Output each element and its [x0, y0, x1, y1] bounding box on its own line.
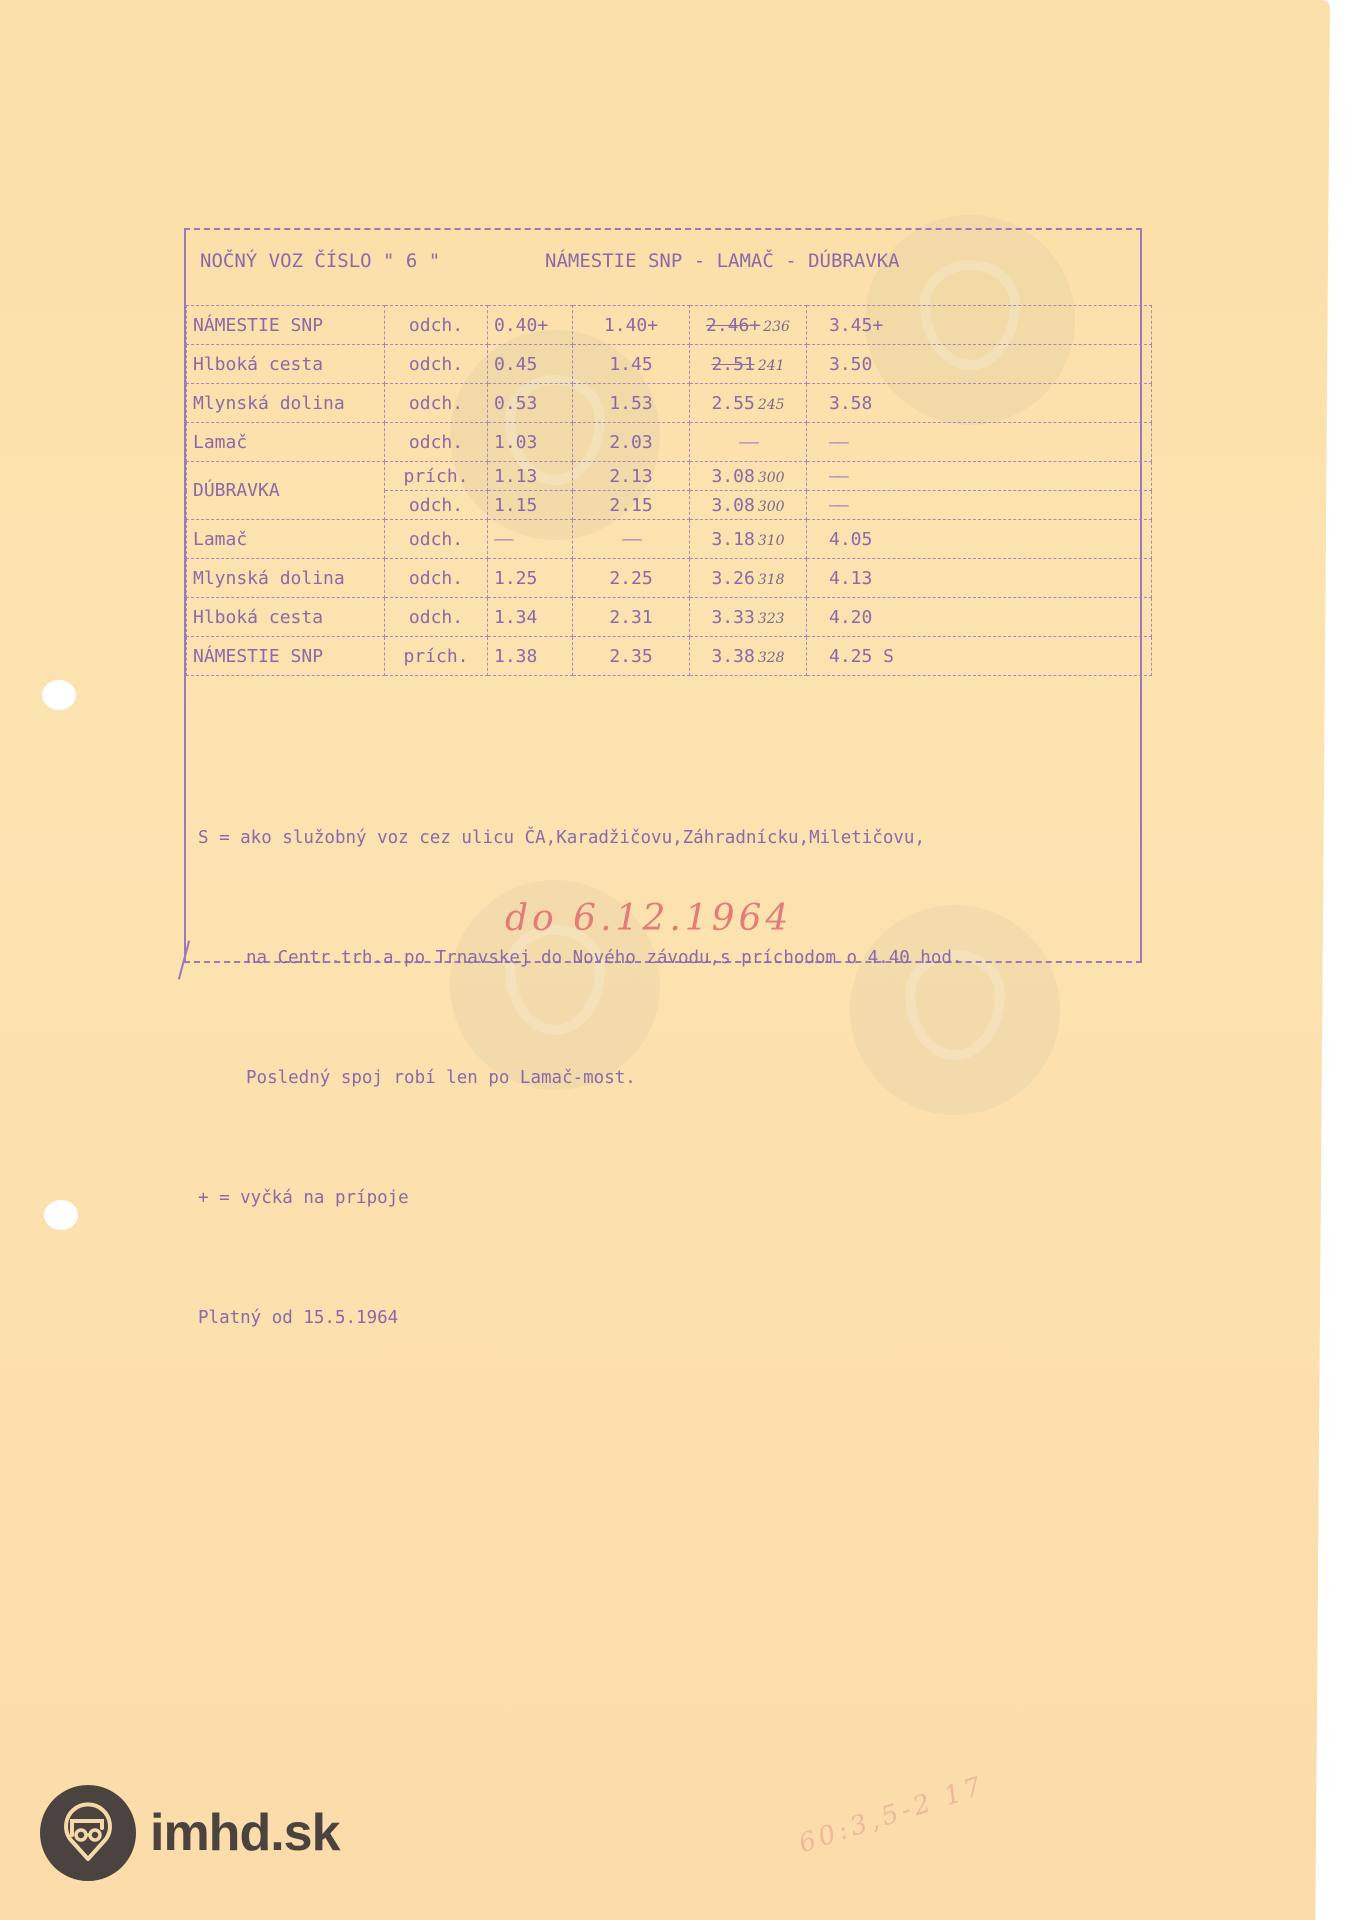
table-row: Mlynská dolina odch. 1.25 2.25 3.26318 4… [187, 559, 1152, 598]
legend-plus: + = vyčká na prípoje [198, 1178, 962, 1218]
imhd-logo: imhd.sk [40, 1785, 340, 1881]
stop-name: NÁMESTIE SNP [187, 306, 385, 345]
time-cell: 3.26318 [690, 559, 807, 598]
time-cell: 2.13 [573, 462, 690, 491]
table-row: NÁMESTIE SNP prích. 1.38 2.35 3.38328 4.… [187, 637, 1152, 676]
stop-action: prích. [385, 462, 488, 491]
stop-name: Lamač [187, 423, 385, 462]
time-value: 3.18 [711, 529, 754, 550]
time-cell: 2.03 [573, 423, 690, 462]
time-cell: 2.35 [573, 637, 690, 676]
stop-action: odch. [385, 491, 488, 520]
timetable: NÁMESTIE SNP odch. 0.40+ 1.40+ 2.46+236 … [186, 305, 1152, 676]
time-value: 3.33 [711, 607, 754, 628]
handwritten-correction: 236 [763, 319, 790, 335]
time-cell: 2.25 [573, 559, 690, 598]
stop-name: Mlynská dolina [187, 384, 385, 423]
time-cell: 3.08300 [690, 491, 807, 520]
handwritten-correction: 300 [758, 499, 785, 515]
valid-from: Platný od 15.5.1964 [198, 1298, 962, 1338]
table-row: Hlboká cesta odch. 0.45 1.45 2.51241 3.5… [187, 345, 1152, 384]
stop-name: Hlboká cesta [187, 598, 385, 637]
bus-pin-icon [58, 1801, 118, 1865]
time-cell: 3.45+ [807, 306, 1152, 345]
time-cell: 1.38 [488, 637, 573, 676]
time-cell: 1.45 [573, 345, 690, 384]
route-description: NÁMESTIE SNP - LAMAČ - DÚBRAVKA [545, 250, 900, 272]
time-cell: 2.46+236 [690, 306, 807, 345]
handwritten-correction: 310 [758, 533, 785, 549]
handwritten-correction: 245 [758, 397, 785, 413]
stop-action: odch. [385, 345, 488, 384]
time-cell: 1.34 [488, 598, 573, 637]
time-value: 3.26 [711, 568, 754, 589]
table-row: NÁMESTIE SNP odch. 0.40+ 1.40+ 2.46+236 … [187, 306, 1152, 345]
time-cell: 4.13 [807, 559, 1152, 598]
stop-action: odch. [385, 559, 488, 598]
time-cell: 1.13 [488, 462, 573, 491]
stop-name: Mlynská dolina [187, 559, 385, 598]
handwritten-correction: 300 [758, 470, 785, 486]
time-cell: 3.50 [807, 345, 1152, 384]
punch-hole-bottom [44, 1200, 78, 1230]
handwritten-correction: 323 [758, 611, 785, 627]
stop-action: prích. [385, 637, 488, 676]
stop-action: odch. [385, 520, 488, 559]
time-cell: 1.40+ [573, 306, 690, 345]
time-value: 2.55 [711, 393, 754, 414]
note-line: na Centr.trh.a po Trnavskej do Nového zá… [198, 938, 962, 978]
handwritten-correction: 241 [758, 358, 785, 374]
time-value: 3.38 [711, 646, 754, 667]
time-value: 3.08 [711, 466, 754, 487]
stop-name: NÁMESTIE SNP [187, 637, 385, 676]
time-cell: 3.08300 [690, 462, 807, 491]
note-line: Posledný spoj robí len po Lamač-most. [198, 1058, 962, 1098]
time-cell: 4.20 [807, 598, 1152, 637]
handwritten-correction: 318 [758, 572, 785, 588]
table-row: Hlboká cesta odch. 1.34 2.31 3.33323 4.2… [187, 598, 1152, 637]
time-cell: 4.05 [807, 520, 1152, 559]
imhd-logo-icon [40, 1785, 136, 1881]
stop-name: DÚBRAVKA [187, 462, 385, 520]
no-service-dash: —— [807, 491, 1152, 520]
no-service-dash: —— [690, 423, 807, 462]
time-value: 2.51 [711, 354, 754, 375]
time-cell: 2.55245 [690, 384, 807, 423]
stop-action: odch. [385, 306, 488, 345]
time-cell: 3.38328 [690, 637, 807, 676]
time-cell: 2.51241 [690, 345, 807, 384]
time-cell: 4.25 S [807, 637, 1152, 676]
note-line: S = ako služobný voz cez ulicu ČA,Karadž… [198, 818, 962, 858]
time-cell: 0.53 [488, 384, 573, 423]
no-service-dash: —— [488, 520, 573, 559]
route-number-title: NOČNÝ VOZ ČÍSLO " 6 " [200, 250, 440, 272]
handwritten-correction: 328 [758, 650, 785, 666]
time-value: 3.08 [711, 495, 754, 516]
no-service-dash: —— [807, 462, 1152, 491]
no-service-dash: —— [573, 520, 690, 559]
table-row: Mlynská dolina odch. 0.53 1.53 2.55245 3… [187, 384, 1152, 423]
stop-action: odch. [385, 384, 488, 423]
stop-name: Hlboká cesta [187, 345, 385, 384]
time-value: 2.46+ [706, 315, 760, 336]
punch-hole-top [42, 680, 76, 710]
timetable-notes: S = ako služobný voz cez ulicu ČA,Karadž… [198, 738, 962, 1378]
table-row: Lamač odch. —— —— 3.18310 4.05 [187, 520, 1152, 559]
no-service-dash: —— [807, 423, 1152, 462]
table-row: Lamač odch. 1.03 2.03 —— —— [187, 423, 1152, 462]
time-cell: 1.15 [488, 491, 573, 520]
time-cell: 2.15 [573, 491, 690, 520]
time-cell: 3.18310 [690, 520, 807, 559]
time-cell: 1.25 [488, 559, 573, 598]
stop-name: Lamač [187, 520, 385, 559]
time-cell: 1.53 [573, 384, 690, 423]
time-cell: 3.33323 [690, 598, 807, 637]
time-cell: 1.03 [488, 423, 573, 462]
time-cell: 3.58 [807, 384, 1152, 423]
stop-action: odch. [385, 598, 488, 637]
handwritten-valid-until: do 6.12.1964 [505, 898, 792, 939]
stop-action: odch. [385, 423, 488, 462]
time-cell: 2.31 [573, 598, 690, 637]
time-cell: 0.45 [488, 345, 573, 384]
table-row: DÚBRAVKA prích. 1.13 2.13 3.08300 —— [187, 462, 1152, 491]
time-cell: 0.40+ [488, 306, 573, 345]
imhd-logo-text: imhd.sk [150, 1803, 340, 1863]
